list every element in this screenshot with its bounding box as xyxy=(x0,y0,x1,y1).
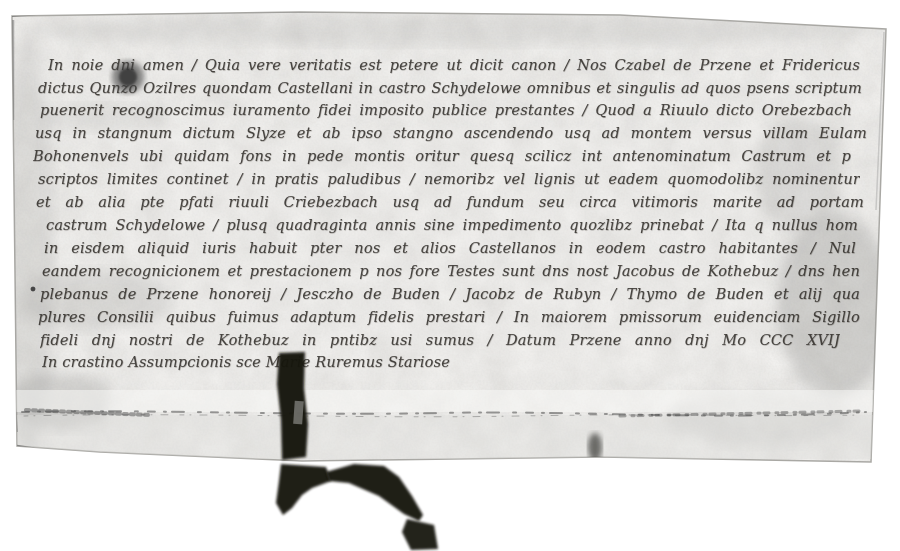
text-line: puenerit recognoscimus iuramento fidei i… xyxy=(40,102,852,121)
text-line: plebanus de Przene honoreij / Jesczho de… xyxy=(40,286,860,305)
text-line: eandem recognicionem et prestacionem p n… xyxy=(42,263,860,282)
text-line: dictus Qunzo Ozilres quondam Castellani … xyxy=(38,80,862,99)
parchment-charter-scan: In noie dni amen / Quia vere veritatis e… xyxy=(0,0,900,551)
text-line: In noie dni amen / Quia vere veritatis e… xyxy=(48,57,860,76)
text-line: Bohonenvels ubi quidam fons in pede mont… xyxy=(33,148,851,167)
text-line: et ab alia pte pfati riuuli Criebezbach … xyxy=(36,194,864,213)
text-line: plures Consilii quibus fuimus adaptum fi… xyxy=(38,309,860,328)
text-line: scriptos limites continet / in pratis pa… xyxy=(38,171,860,190)
text-line: castrum Schydelowe / plusq quadraginta a… xyxy=(46,217,858,236)
text-line: fideli dnj nostri de Kothebuz in pntibz … xyxy=(40,332,840,351)
text-line: in eisdem aliquid iuris habuit pter nos … xyxy=(44,240,856,259)
text-line: usq in stangnum dictum Slyze et ab ipso … xyxy=(35,125,867,144)
text-line: In crastino Assumpcionis sce Marie Rurem… xyxy=(42,354,502,373)
